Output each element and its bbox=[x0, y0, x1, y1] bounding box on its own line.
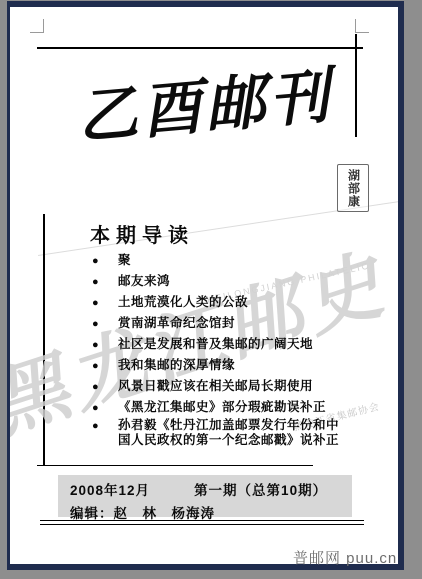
bullet-icon: ● bbox=[92, 359, 99, 374]
bullet-icon: ● bbox=[92, 401, 99, 416]
footer-top-rule bbox=[37, 465, 313, 466]
journal-page: 黑龙江邮史 HEILONGJIANG PHILATELIC 黑龙江省集邮协会 乙… bbox=[7, 1, 404, 570]
bullet-icon: ● bbox=[92, 317, 99, 332]
toc-item-label: 风景日戳应该在相关邮局长期使用 bbox=[118, 379, 313, 393]
issue-info-line1: 2008年12月 第一期（总第10期） bbox=[70, 479, 352, 499]
toc-item-label: 我和集邮的深厚情缘 bbox=[118, 358, 235, 372]
toc-item: ● 土地荒漠化人类的公敌 bbox=[92, 295, 344, 310]
toc-list: ● 聚 ● 邮友来鸿 ● 土地荒漠化人类的公敌 ● 赏南湖革命纪念馆封 ● bbox=[92, 253, 344, 454]
toc-heading: 本期导读 bbox=[90, 219, 194, 248]
bullet-icon: ● bbox=[92, 380, 99, 395]
editors-line: 编辑：赵 林 杨海涛 bbox=[70, 502, 352, 522]
bullet-icon: ● bbox=[92, 338, 99, 353]
journal-page-inner: 黑龙江邮史 HEILONGJIANG PHILATELIC 黑龙江省集邮协会 乙… bbox=[10, 7, 398, 564]
issue-date: 2008年12月 bbox=[70, 479, 150, 499]
journal-masthead-title: 乙酉邮刊 bbox=[47, 46, 363, 159]
toc-item-label: 土地荒漠化人类的公敌 bbox=[118, 295, 248, 309]
bullet-icon: ● bbox=[92, 296, 99, 311]
toc-item: ● 聚 bbox=[92, 253, 344, 268]
toc-item: ● 孙君毅《牡丹江加盖邮票发行年份和中国人民政权的第一个纪念邮戳》说补正 bbox=[92, 418, 344, 448]
toc-item-label: 赏南湖革命纪念馆封 bbox=[118, 316, 235, 330]
crop-mark-top-left-icon bbox=[30, 19, 44, 33]
toc-item: ● 我和集邮的深厚情缘 bbox=[92, 358, 344, 373]
toc-item-label: 邮友来鸿 bbox=[118, 274, 170, 288]
toc-item: ● 赏南湖革命纪念馆封 bbox=[92, 316, 344, 331]
toc-item: ● 社区是发展和普及集邮的广阔天地 bbox=[92, 337, 344, 352]
toc-item-label: 《黑龙江集邮史》部分瑕疵勘误补正 bbox=[118, 400, 326, 414]
bullet-icon: ● bbox=[92, 419, 99, 434]
calligrapher-seal: 湖部康 bbox=[337, 164, 369, 212]
bullet-icon: ● bbox=[92, 254, 99, 269]
toc-item: ● 《黑龙江集邮史》部分瑕疵勘误补正 bbox=[92, 400, 344, 415]
issue-number: 第一期（总第10期） bbox=[194, 479, 327, 499]
bullet-icon: ● bbox=[92, 275, 99, 290]
toc-item: ● 风景日戳应该在相关邮局长期使用 bbox=[92, 379, 344, 394]
issue-info-box: 2008年12月 第一期（总第10期） 编辑：赵 林 杨海涛 bbox=[58, 475, 352, 517]
toc-item-label: 聚 bbox=[118, 253, 131, 267]
site-watermark: 普邮网 puu.cn bbox=[293, 547, 397, 568]
crop-mark-top-right-icon bbox=[355, 19, 369, 33]
toc-item-label: 孙君毅《牡丹江加盖邮票发行年份和中国人民政权的第一个纪念邮戳》说补正 bbox=[118, 418, 339, 447]
scanned-journal-cover: 黑龙江邮史 HEILONGJIANG PHILATELIC 黑龙江省集邮协会 乙… bbox=[0, 0, 422, 579]
toc-item: ● 邮友来鸿 bbox=[92, 274, 344, 289]
toc-item-label: 社区是发展和普及集邮的广阔天地 bbox=[118, 337, 313, 351]
